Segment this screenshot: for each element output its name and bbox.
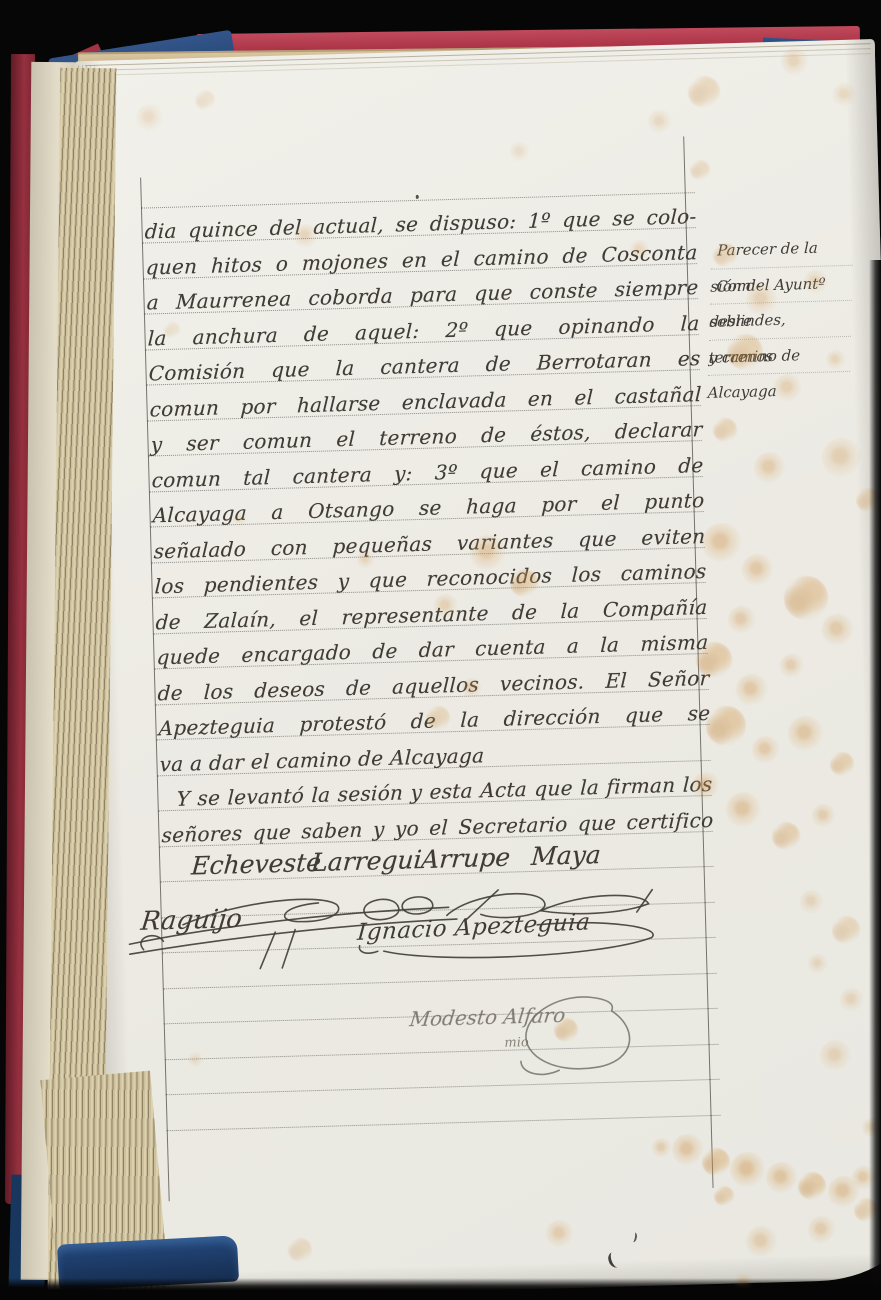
page-right-edge-shadow — [869, 260, 881, 1300]
signature-secretary-rubric — [499, 988, 646, 1078]
margin-note-line: y camino de Alcayaga — [708, 336, 851, 376]
signature-larregui: Larregui — [310, 842, 423, 881]
ruled-line — [166, 1079, 720, 1095]
signature-ignacio-rubric — [347, 913, 678, 974]
signature-echeveste: Echeveste — [190, 845, 322, 885]
ink-mark — [630, 1232, 638, 1243]
margin-note-line: Parecer de la Comi- — [711, 230, 854, 270]
signature-maya: Maya — [530, 837, 602, 875]
signature-arrupe: Arrupe — [420, 840, 512, 879]
margin-note-line: deslindes, terrenos — [709, 301, 852, 341]
ruled-line — [163, 972, 717, 988]
manuscript-page: dia quince del actual, se dispuso: 1º qu… — [75, 39, 881, 1300]
ruled-line — [167, 1114, 721, 1130]
ink-speck — [416, 195, 419, 199]
margin-note: Parecer de la Comi-sión del Ayuntº sobre… — [708, 230, 853, 376]
ink-mark — [607, 1250, 624, 1269]
page-bottom-edge-shadow — [0, 1278, 881, 1300]
margin-note-line: sión del Ayuntº sobre — [710, 265, 853, 305]
book-photograph: dia quince del actual, se dispuso: 1º qu… — [0, 0, 881, 1300]
